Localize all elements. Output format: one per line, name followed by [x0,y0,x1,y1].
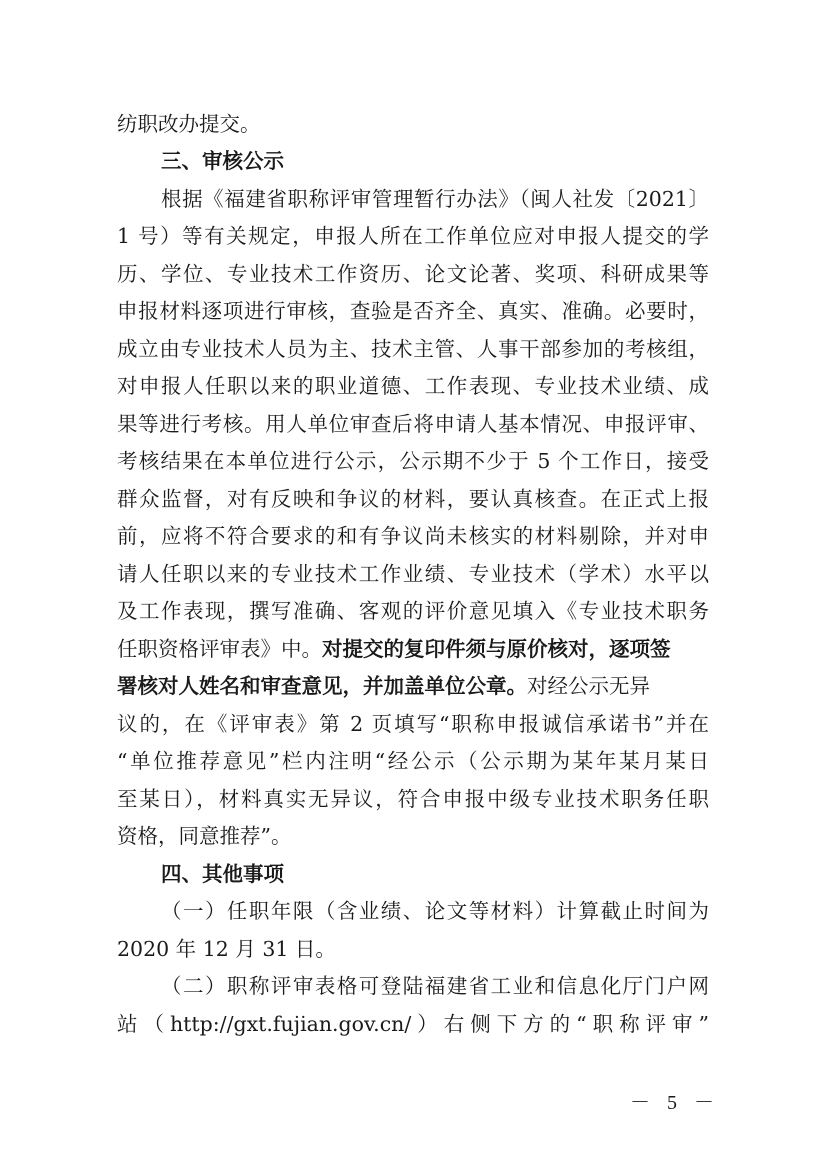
paragraph-line-mixed: 任职资格评审表》中。对提交的复印件须与原价核对，逐项签 [117,634,709,664]
section-heading-review-publicity: 三、审核公示 [161,146,709,176]
paragraph-line: 请人任职以来的专业技术工作业绩、专业技术（学术）水平以 [117,559,709,589]
paragraph-line: 及工作表现，撰写准确、客观的评价意见填入《专业技术职务 [117,596,709,626]
paragraph-line: 前，应将不符合要求的和有争议尚未核实的材料剔除，并对申 [117,521,709,551]
paragraph-line-mixed: 署核对人姓名和审查意见，并加盖单位公章。对经公示无异 [117,671,709,701]
paragraph-line: （二）职称评审表格可登陆福建省工业和信息化厅门户网 [161,971,709,1001]
bold-emphasis-text: 对提交的复印件须与原价核对，逐项签 [322,637,671,661]
paragraph-line: 成立由专业技术人员为主、技术主管、人事干部参加的考核组， [117,334,709,364]
bold-emphasis-text: 署核对人姓名和审查意见，并加盖单位公章。 [117,674,527,698]
paragraph-line: 1 号）等有关规定，申报人所在工作单位应对申报人提交的学 [117,221,709,251]
plain-text: 任职资格评审表》中。 [117,637,322,661]
paragraph-line: 纺职改办提交。 [117,109,709,139]
document-page: 纺职改办提交。 三、审核公示 根据《福建省职称评审管理暂行办法》（闽人社发〔20… [0,0,826,1169]
paragraph-line: 站（http://gxt.fujian.gov.cn/）右侧下方的“职称评审” [117,1009,709,1039]
paragraph-line: 2020 年 12 月 31 日。 [117,934,709,964]
paragraph-line: 群众监督，对有反映和争议的材料，要认真核查。在正式上报 [117,484,709,514]
paragraph-line: （一）任职年限（含业绩、论文等材料）计算截止时间为 [161,896,709,926]
paragraph-line: “单位推荐意见”栏内注明“经公示（公示期为某年某月某日 [117,746,709,776]
paragraph-line: 果等进行考核。用人单位审查后将申请人基本情况、申报评审、 [117,409,709,439]
paragraph-line: 申报材料逐项进行审核，查验是否齐全、真实、准确。必要时， [117,296,709,326]
paragraph-line: 至某日），材料真实无异议，符合申报中级专业技术职务任职 [117,784,709,814]
paragraph-line: 议的，在《评审表》第 2 页填写“职称申报诚信承诺书”并在 [117,709,709,739]
page-number: － 5 － [630,1086,720,1115]
paragraph-line: 对申报人任职以来的职业道德、工作表现、专业技术业绩、成 [117,371,709,401]
paragraph-line: 资格，同意推荐”。 [117,821,709,851]
plain-text: 对经公示无异 [527,674,650,698]
section-heading-other-matters: 四、其他事项 [161,859,709,889]
paragraph-line: 考核结果在本单位进行公示，公示期不少于 5 个工作日，接受 [117,446,709,476]
paragraph-line: 历、学位、专业技术工作资历、论文论著、奖项、科研成果等 [117,259,709,289]
paragraph-line: 根据《福建省职称评审管理暂行办法》（闽人社发〔2021〕 [161,184,709,214]
